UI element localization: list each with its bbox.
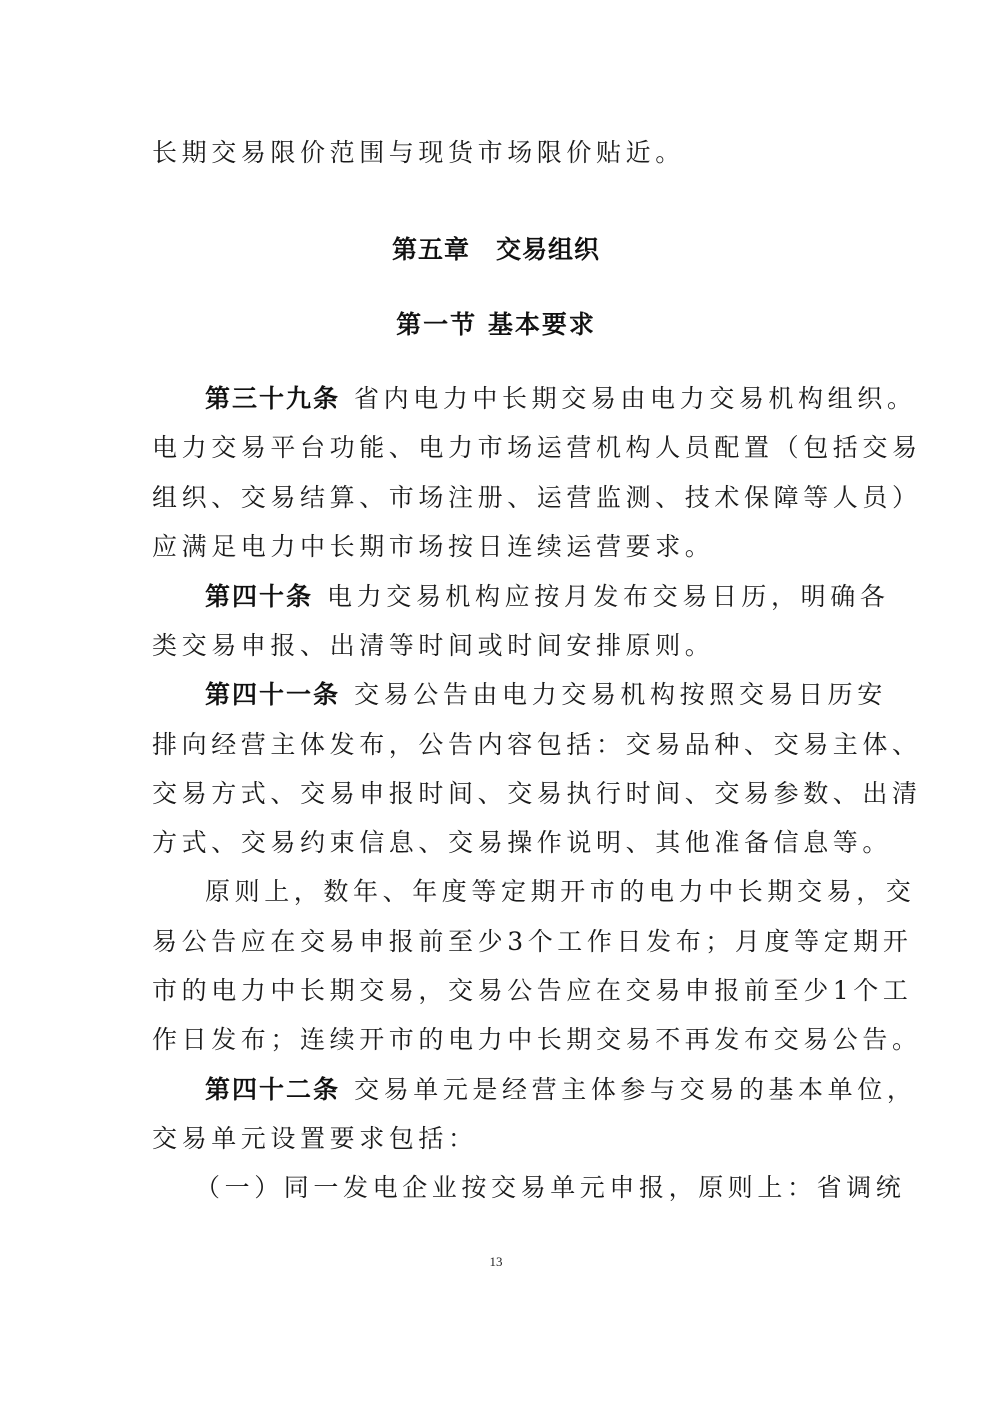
article-label: 第四十条	[205, 582, 313, 611]
article-41-line: 交易方式、交易申报时间、交易执行时间、交易参数、出清	[152, 779, 922, 809]
chapter-title: 第五章 交易组织	[0, 235, 992, 265]
article-42-line: 交易单元设置要求包括：	[152, 1124, 478, 1154]
article-39-line: 电力交易平台功能、电力市场运营机构人员配置（包括交易	[152, 433, 922, 463]
article-text: 交易公告由电力交易机构按照交易日历安	[354, 680, 887, 709]
article-text: 电力交易机构应按月发布交易日历，明确各	[327, 582, 889, 611]
section-title: 第一节 基本要求	[0, 310, 992, 340]
paragraph-line: 易公告应在交易申报前至少3个工作日发布；月度等定期开	[152, 927, 913, 957]
article-text: 省内电力中长期交易由电力交易机构组织。	[354, 384, 916, 413]
article-label: 第四十二条	[205, 1075, 340, 1104]
list-item-line: （一）同一发电企业按交易单元申报，原则上：省调统	[195, 1173, 905, 1203]
document-page: 长期交易限价范围与现货市场限价贴近。 第五章 交易组织 第一节 基本要求 第三十…	[0, 0, 992, 1403]
article-41-first-line: 第四十一条交易公告由电力交易机构按照交易日历安	[205, 680, 887, 710]
page-number: 13	[0, 1254, 992, 1270]
article-40-line: 类交易申报、出清等时间或时间安排原则。	[152, 631, 714, 661]
article-39-line: 组织、交易结算、市场注册、运营监测、技术保障等人员）	[152, 483, 922, 513]
article-41-line: 排向经营主体发布，公告内容包括：交易品种、交易主体、	[152, 730, 922, 760]
paragraph-line: 原则上，数年、年度等定期开市的电力中长期交易，交	[205, 877, 915, 907]
article-label: 第三十九条	[205, 384, 340, 413]
paragraph-line: 市的电力中长期交易，交易公告应在交易申报前至少1个工	[152, 976, 913, 1006]
article-41-line: 方式、交易约束信息、交易操作说明、其他准备信息等。	[152, 828, 892, 858]
article-40-first-line: 第四十条电力交易机构应按月发布交易日历，明确各	[205, 582, 889, 612]
article-label: 第四十一条	[205, 680, 340, 709]
article-text: 交易单元是经营主体参与交易的基本单位，	[354, 1075, 916, 1104]
carryover-line: 长期交易限价范围与现货市场限价贴近。	[152, 138, 685, 168]
paragraph-line: 作日发布；连续开市的电力中长期交易不再发布交易公告。	[152, 1025, 922, 1055]
article-39-first-line: 第三十九条省内电力中长期交易由电力交易机构组织。	[205, 384, 916, 414]
article-39-line: 应满足电力中长期市场按日连续运营要求。	[152, 532, 714, 562]
article-42-first-line: 第四十二条交易单元是经营主体参与交易的基本单位，	[205, 1075, 916, 1105]
